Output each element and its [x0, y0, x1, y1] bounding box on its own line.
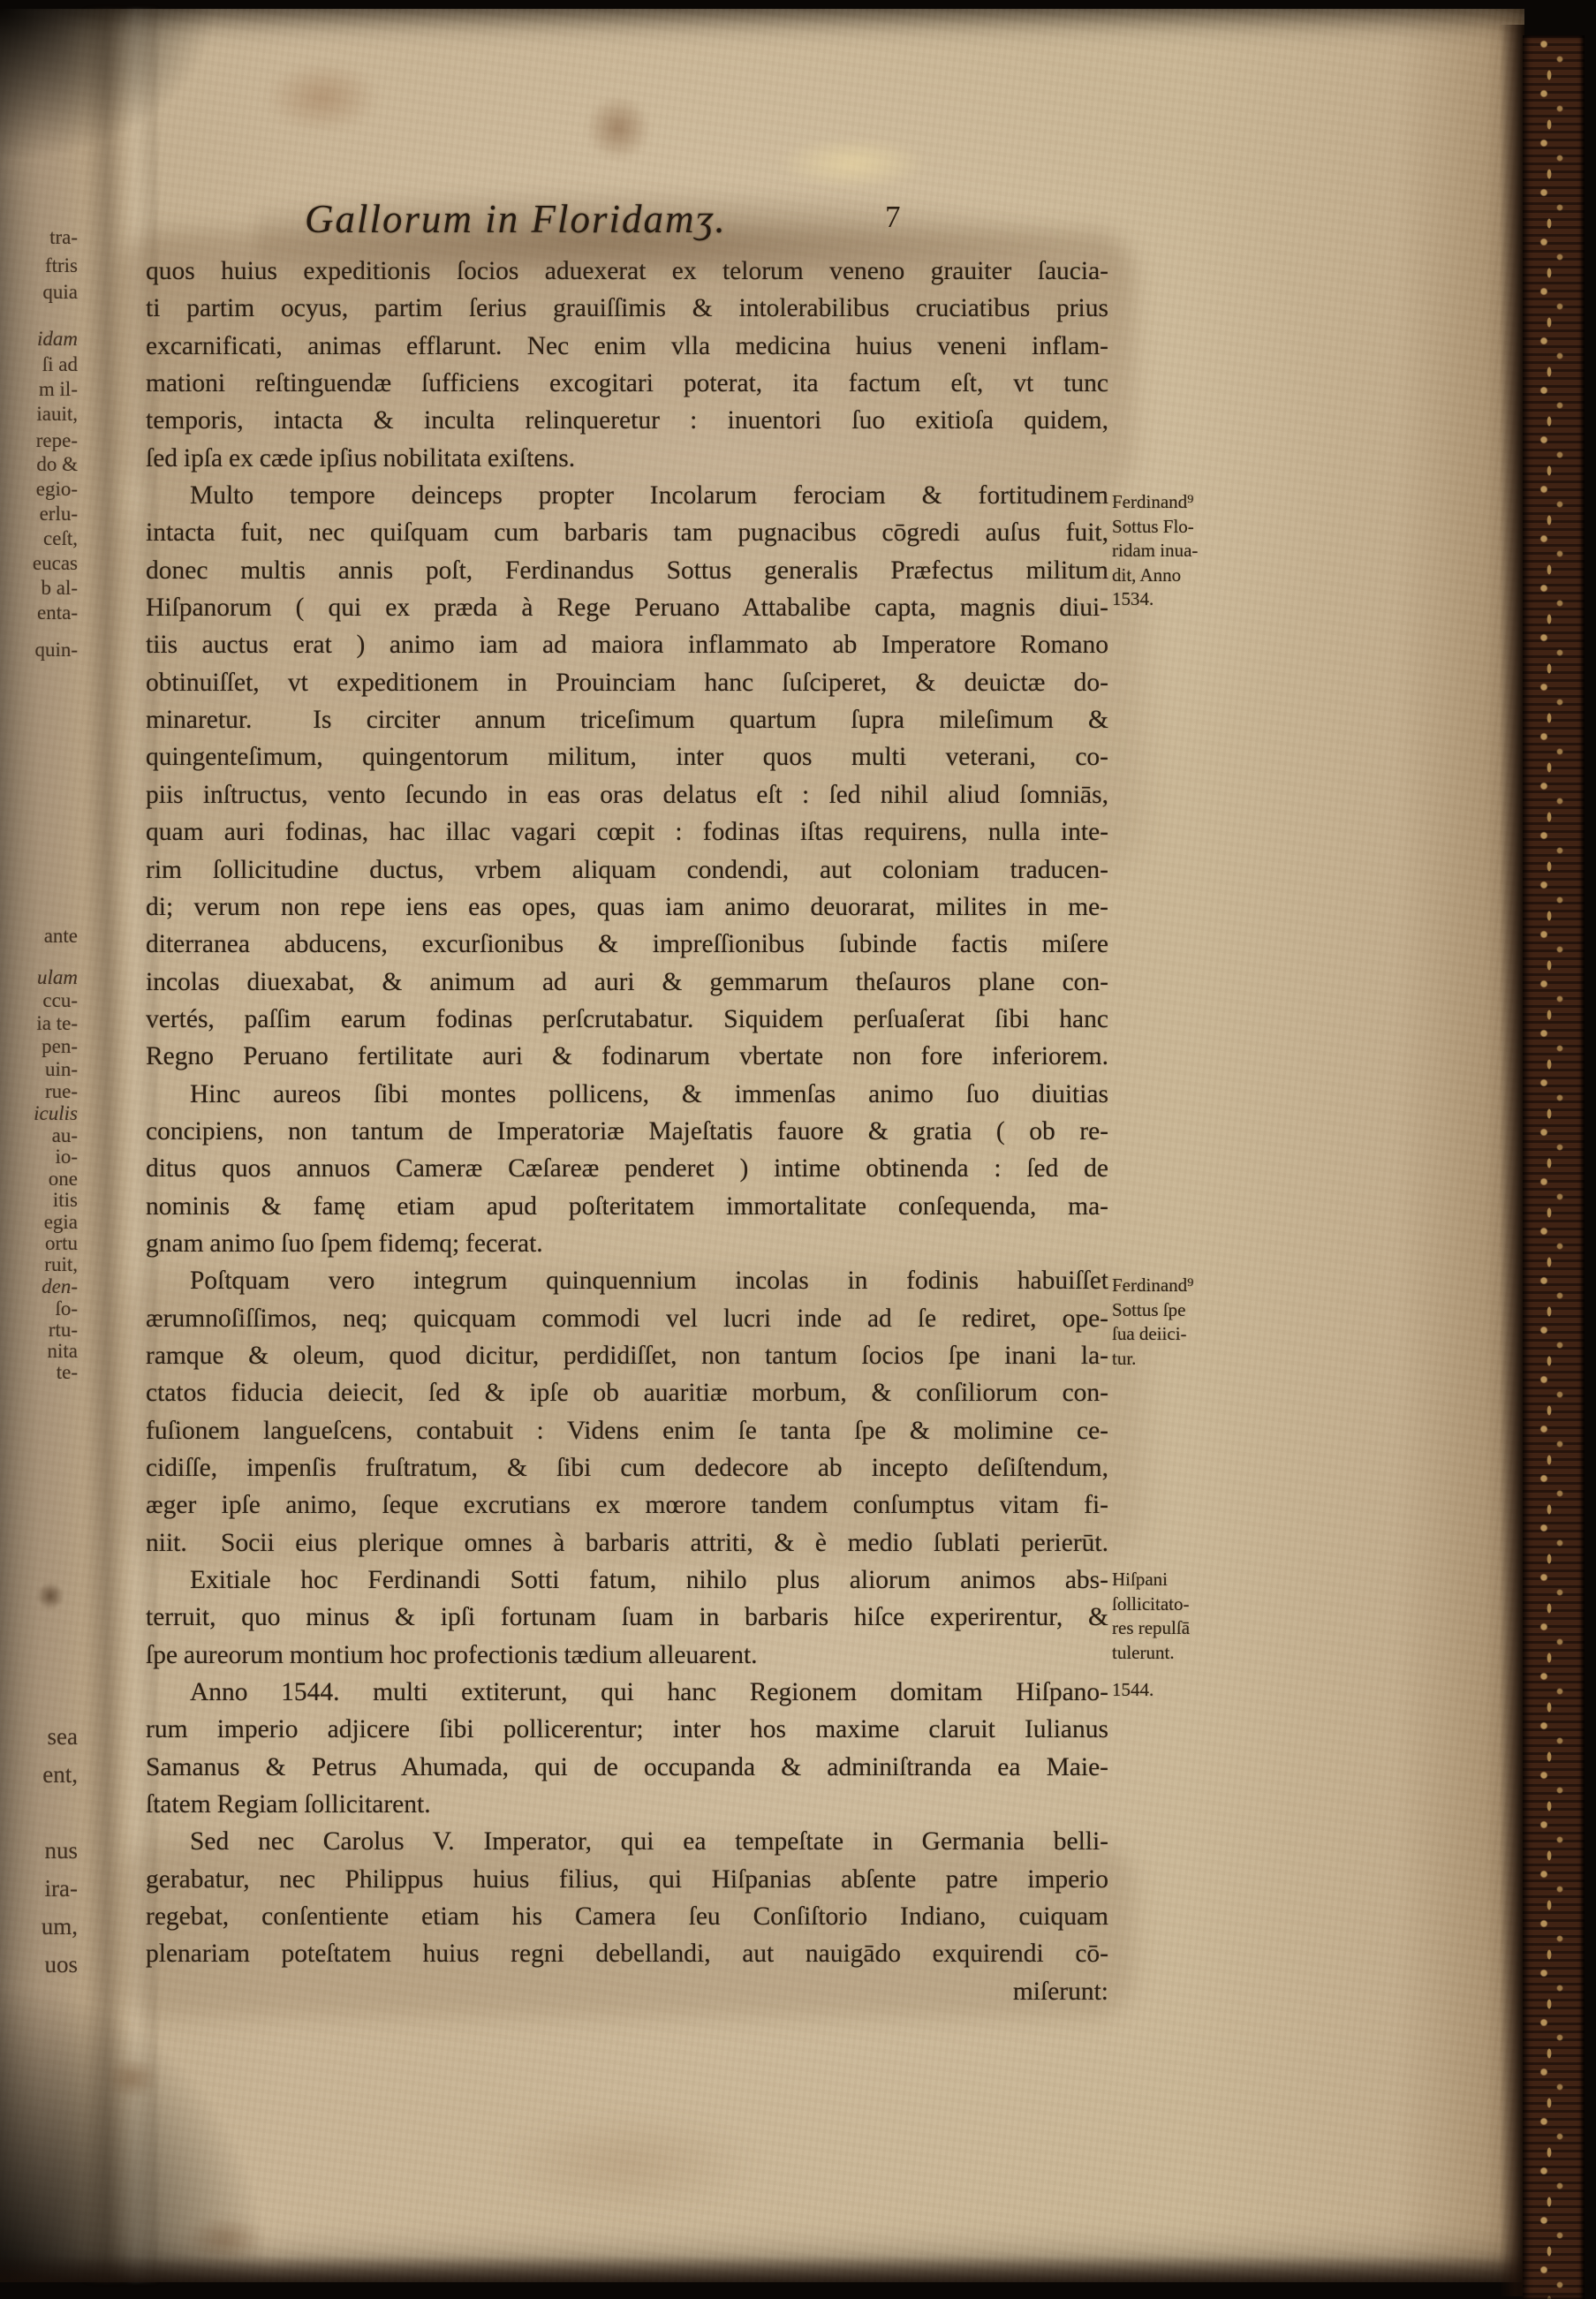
gutter-fragment: iculis: [0, 1101, 83, 1125]
text-line: minaretur. Is circiter annum triceſimum …: [146, 701, 1108, 738]
text-line: miſerunt:: [146, 1973, 1108, 2010]
gutter-fragment: pen-: [0, 1034, 83, 1058]
margin-note-line: ſollicitato-: [1112, 1592, 1255, 1617]
gutter-fragment: nita: [0, 1339, 83, 1363]
gutter-fragment: den-: [0, 1274, 83, 1298]
gutter-fragment: quia: [0, 280, 83, 304]
text-line: di; verum non repe iens eas opes, quas i…: [146, 889, 1108, 926]
text-line: incolas diuexabat, & animum ad auri & ge…: [146, 964, 1108, 1001]
running-header-title: Gallorum in Floridamʒ.: [305, 196, 727, 242]
text-line: tiis auctus erat ) animo iam ad maiora i…: [146, 626, 1108, 663]
scanned-book-page: Gallorum in Floridamʒ. 7 quos huius expe…: [0, 0, 1596, 2299]
gutter-fragment: rtu-: [0, 1318, 83, 1342]
gutter-fragment: quin-: [0, 638, 83, 662]
gutter-fragment: uos: [0, 1953, 83, 1977]
text-line: ſtatem Regiam ſollicitarent.: [146, 1786, 1108, 1823]
margin-note-line: dit, Anno: [1112, 563, 1255, 588]
text-line: ærumnoſiſſimos, neq; quicquam commodi ve…: [146, 1300, 1108, 1337]
text-line: Exitiale hoc Ferdinandi Sotti fatum, nih…: [146, 1562, 1108, 1599]
margin-note-line: res repulſā: [1112, 1616, 1255, 1641]
text-line: niit. Socii eius plerique omnes à barbar…: [146, 1524, 1108, 1562]
gutter-fragment: erlu-: [0, 502, 83, 526]
margin-note-line: ſua deiici-: [1112, 1322, 1255, 1347]
margin-note: Hiſpaniſollicitato-res repulſātulerunt.: [1112, 1568, 1255, 1665]
gutter-fragment: eucas: [0, 551, 83, 575]
margin-note: 1544.: [1112, 1678, 1255, 1703]
margin-note: Ferdinand⁹Sottus ſpeſua deiici-tur.: [1112, 1274, 1255, 1371]
margin-note-line: 1544.: [1112, 1678, 1255, 1703]
margin-note-line: tur.: [1112, 1347, 1255, 1372]
gutter-fragment: um,: [0, 1915, 83, 1939]
margin-note-line: tulerunt.: [1112, 1641, 1255, 1666]
gutter-fragment: ortu: [0, 1231, 83, 1255]
text-line: Hinc aureos ſibi montes pollicens, & imm…: [146, 1076, 1108, 1113]
gutter-fragment: te-: [0, 1360, 83, 1384]
text-line: regebat, conſentiente etiam his Camera ſ…: [146, 1898, 1108, 1935]
gutter-fragment: ia te-: [0, 1011, 83, 1035]
margin-note-line: 1534.: [1112, 587, 1255, 612]
text-line: excarnificati, animas efflarunt. Nec eni…: [146, 328, 1108, 365]
gutter-fragment: ante: [0, 924, 83, 948]
text-line: temporis, intacta & inculta relinqueretu…: [146, 402, 1108, 439]
text-line: fuſionem langueſcens, contabuit : Videns…: [146, 1412, 1108, 1449]
margin-note-line: ridam inua-: [1112, 539, 1255, 563]
text-line: terruit, quo minus & ipſi fortunam ſuam …: [146, 1599, 1108, 1636]
binding-shadow-top: [0, 9, 212, 159]
margin-note-line: Ferdinand⁹: [1112, 490, 1255, 515]
gutter-fragment: ceſt,: [0, 526, 83, 550]
page-edge-shadow: [0, 2256, 1524, 2282]
gutter-fragment: rue-: [0, 1079, 83, 1103]
text-line: vertés, paſſim earum fodinas perſcrutaba…: [146, 1001, 1108, 1038]
gutter-fragment: ulam: [0, 965, 83, 989]
text-line: plenariam poteſtatem huius regni debella…: [146, 1935, 1108, 1972]
gutter-fragment: egio-: [0, 477, 83, 501]
gutter-fragment: ira-: [0, 1877, 83, 1901]
text-line: quos huius expeditionis ſocios aduexerat…: [146, 253, 1108, 290]
text-line: concipiens, non tantum de Imperatoriæ Ma…: [146, 1113, 1108, 1150]
page-number: 7: [885, 200, 901, 235]
margin-note: Ferdinand⁹Sottus Flo-ridam inua-dit, Ann…: [1112, 490, 1255, 612]
text-line: Samanus & Petrus Ahumada, qui de occupan…: [146, 1749, 1108, 1786]
text-line: ſed ipſa ex cæde ipſius nobilitata exiſt…: [146, 440, 1108, 477]
text-line: nominis & famę etiam apud poſteritatem i…: [146, 1188, 1108, 1225]
margin-note-line: Ferdinand⁹: [1112, 1274, 1255, 1298]
gutter-fragment: ent,: [0, 1763, 83, 1787]
text-line: ctatos fiducia deiecit, ſed & ipſe ob au…: [146, 1374, 1108, 1411]
gutter-fragment: idam: [0, 327, 83, 351]
margin-note-line: Hiſpani: [1112, 1568, 1255, 1592]
text-line: intacta fuit, nec quiſquam cum barbaris …: [146, 514, 1108, 551]
gutter-fragment: itis: [0, 1188, 83, 1212]
gutter-fragment: ruit,: [0, 1252, 83, 1276]
gutter-fragment: m il-: [0, 377, 83, 401]
text-line: donec multis annis poſt, Ferdinandus Sot…: [146, 552, 1108, 589]
gutter-fragment: ccu-: [0, 988, 83, 1012]
gutter-fragment: egia: [0, 1210, 83, 1234]
gutter-fragment: b al-: [0, 576, 83, 600]
text-line: rim ſollicitudine ductus, vrbem aliquam …: [146, 851, 1108, 889]
gutter-fragment: ſi ad: [0, 352, 83, 376]
gutter-fragment: ftris: [0, 253, 83, 277]
text-line: Hiſpanorum ( qui ex præda à Rege Peruano…: [146, 589, 1108, 626]
paper-leaf: Gallorum in Floridamʒ. 7 quos huius expe…: [0, 9, 1524, 2282]
text-line: piis inſtructus, vento ſecundo in eas or…: [146, 776, 1108, 813]
text-line: quam auri fodinas, hac illac vagari cœpi…: [146, 813, 1108, 851]
body-text: quos huius expeditionis ſocios aduexerat…: [146, 253, 1108, 2010]
gutter-fragment: uin-: [0, 1057, 83, 1081]
text-line: obtinuiſſet, vt expeditionem in Prouinci…: [146, 664, 1108, 701]
text-line: Sed nec Carolus V. Imperator, qui ea tem…: [146, 1823, 1108, 1860]
text-line: Regno Peruano fertilitate auri & fodinar…: [146, 1038, 1108, 1075]
gutter-fragment: io-: [0, 1145, 83, 1168]
text-line: gnam animo ſuo ſpem fidemq; fecerat.: [146, 1225, 1108, 1262]
text-line: ramque & oleum, quod dicitur, perdidiſſe…: [146, 1337, 1108, 1374]
text-line: Poſtquam vero integrum quinquennium inco…: [146, 1262, 1108, 1299]
text-line: diterranea abducens, excurſionibus & imp…: [146, 926, 1108, 963]
gutter-fragment: sea: [0, 1725, 83, 1749]
gutter-fragment: repe-: [0, 428, 83, 452]
gutter-fragment: au-: [0, 1123, 83, 1147]
text-line: ſpe aureorum montium hoc profectionis tæ…: [146, 1637, 1108, 1674]
text-line: mationi reſtinguendæ ſufficiens excogita…: [146, 365, 1108, 402]
gutter-fragment: enta-: [0, 601, 83, 624]
gutter-fragment: do &: [0, 452, 83, 476]
gutter-fragment: one: [0, 1167, 83, 1191]
book-fore-edge-gilt-binding: [1523, 35, 1585, 2299]
text-line: Anno 1544. multi extiterunt, qui hanc Re…: [146, 1674, 1108, 1711]
margin-note-line: Sottus ſpe: [1112, 1298, 1255, 1323]
text-line: gerabatur, nec Philippus huius filius, q…: [146, 1861, 1108, 1898]
page-edge-crevice: [1500, 25, 1524, 2296]
text-line: ti partim ocyus, partim ſerius grauiſſim…: [146, 290, 1108, 327]
text-line: æger ipſe animo, ſeque excrutians ex mœr…: [146, 1486, 1108, 1524]
text-line: cidiſſe, impenſis fruſtratum, & ſibi cum…: [146, 1449, 1108, 1486]
gutter-fragment: ſo-: [0, 1297, 83, 1320]
binding-shadow-bottom: [0, 1991, 265, 2282]
gutter-fragment: iauit,: [0, 402, 83, 426]
text-line: ditus quos annuos Cameræ Cæſareæ pendere…: [146, 1150, 1108, 1187]
gutter-fragment: tra-: [0, 225, 83, 249]
text-line: quingenteſimum, quingentorum militum, in…: [146, 738, 1108, 775]
text-line: Multo tempore deinceps propter Incolarum…: [146, 477, 1108, 514]
gutter-fragment: nus: [0, 1839, 83, 1863]
text-line: rum imperio adjicere ſibi pollicerentur;…: [146, 1711, 1108, 1748]
margin-note-line: Sottus Flo-: [1112, 515, 1255, 540]
